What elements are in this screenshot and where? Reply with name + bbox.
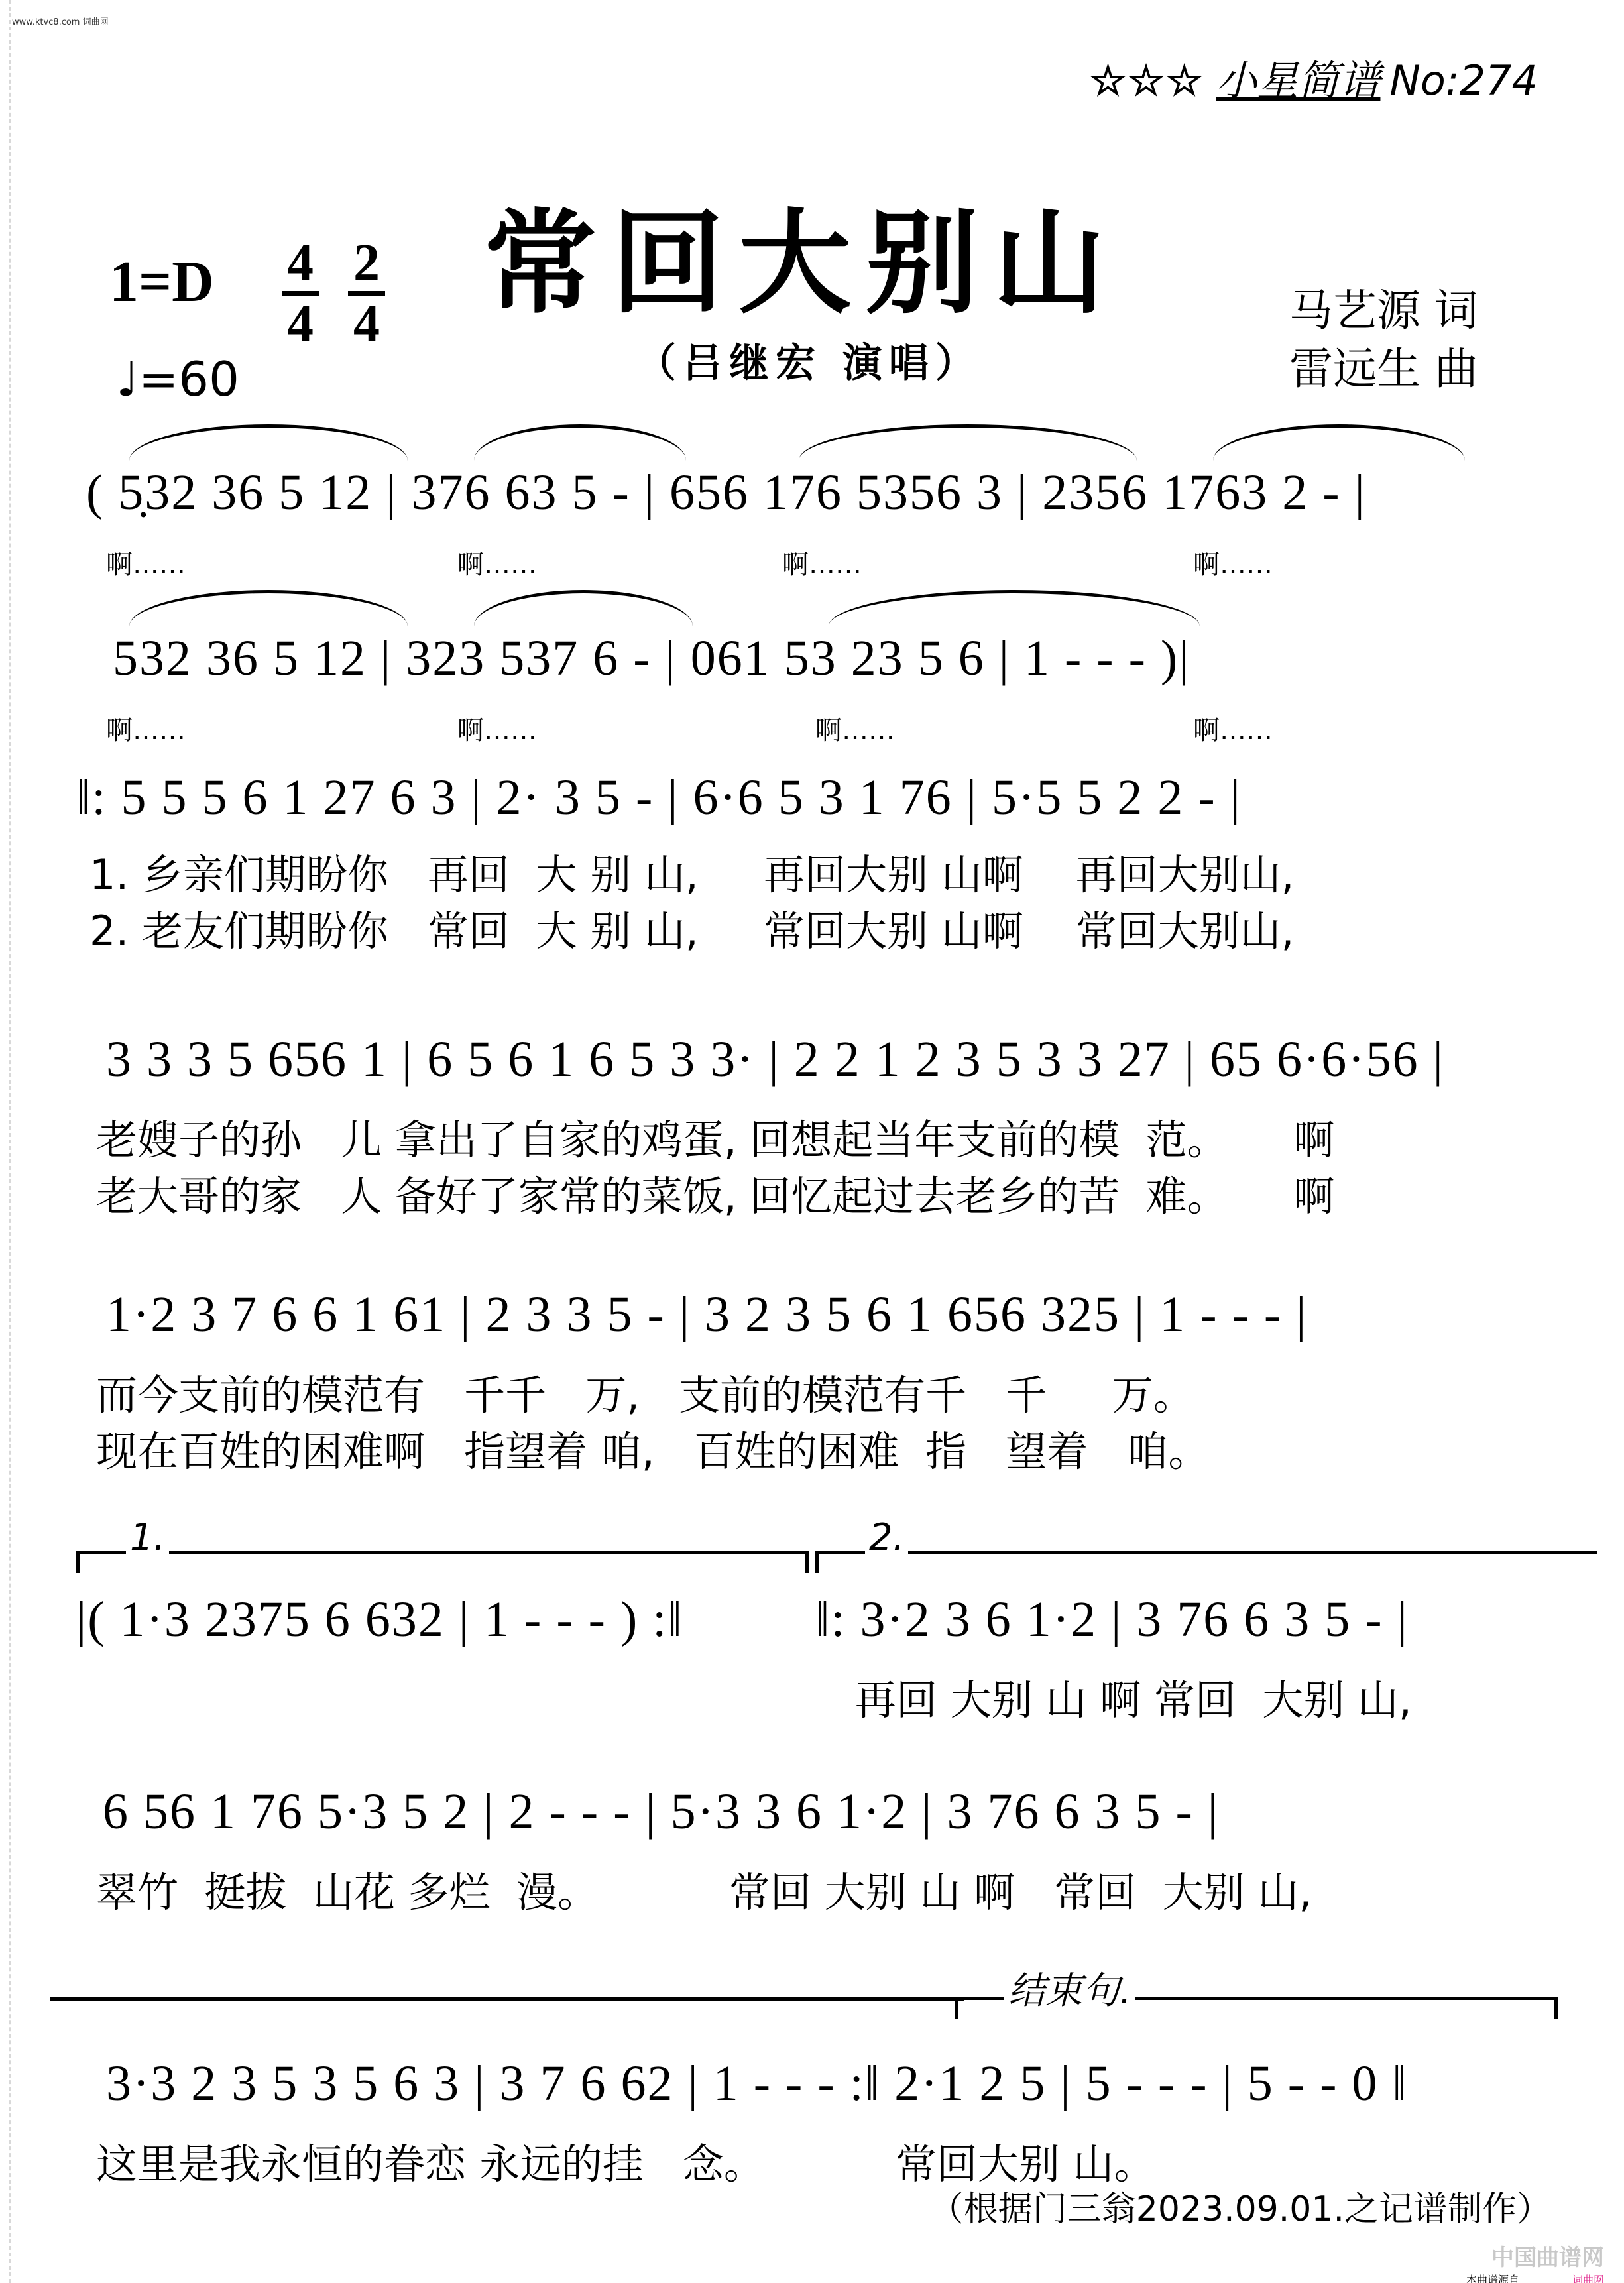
vocalise: 啊…… xyxy=(106,709,186,747)
series-tag: ☆☆☆小星简谱No:274 xyxy=(1090,48,1538,107)
star-icons: ☆☆☆ xyxy=(1090,56,1204,105)
time-sig-bottom: 4 xyxy=(353,296,380,352)
lyric-verse-2: 2. 老友们期盼你 常回 大 别 山, 常回大别 山啊 常回大别山, xyxy=(89,898,1294,957)
notation-line: 6 56 1 76 5·3 5 2 | 2 - - - | 5·3 3 6 1·… xyxy=(103,1783,1219,1841)
notation-line: ( 5̣32 36 5 12 | 376 63 5 - | 656 176 53… xyxy=(86,464,1366,522)
notation-line: ‖: 5 5 5 6 1 27 6 3 | 2· 3 5 - | 6·6 5 3… xyxy=(76,769,1242,827)
coda-label: 结束句. xyxy=(1004,1961,1135,2015)
time-sig-top: 4 xyxy=(287,235,314,291)
lyric-verse-1: 老嫂子的孙 儿 拿出了自家的鸡蛋, 回想起当年支前的模 范。 啊 xyxy=(96,1107,1334,1166)
coda-bracket: 结束句. xyxy=(955,1997,1558,2019)
lyric-line: 再回 大别 山 啊 常回 大别 山, xyxy=(855,1667,1412,1726)
performer: （吕继宏 演唱） xyxy=(636,331,982,388)
tempo-marking: ♩=60 xyxy=(116,351,239,407)
series-name: 小星简谱 xyxy=(1216,56,1380,105)
vocalise: 啊…… xyxy=(815,709,895,747)
lyric-verse-2: 现在百姓的困难啊 指望着 咱, 百姓的困难 指 望着 咱。 xyxy=(96,1419,1209,1478)
watermark-url: www.ktvc8.com 词曲网 xyxy=(12,15,109,27)
vocalise: 啊…… xyxy=(1193,709,1273,747)
notation-line: 1·2 3 7 6 6 1 61 | 2 3 3 5 - | 3 2 3 5 6… xyxy=(106,1286,1307,1344)
time-signature-4-4: 4 4 xyxy=(282,235,319,352)
second-ending-bracket: 2. xyxy=(815,1551,1597,1573)
lyric-verse-1: 1. 乡亲们期盼你 再回 大 别 山, 再回大别 山啊 再回大别山, xyxy=(89,842,1294,901)
slur xyxy=(129,424,408,461)
song-title: 常回大别山 xyxy=(484,172,1120,335)
slur xyxy=(799,424,1137,461)
vocalise: 啊…… xyxy=(106,544,186,581)
time-sig-bottom: 4 xyxy=(287,296,314,352)
notation-first-ending: |( 1·3 2375 6 632 | 1 - - - ) :‖ xyxy=(76,1591,683,1649)
transcription-note: （根据门三翁2023.09.01.之记谱制作） xyxy=(929,2181,1551,2231)
series-number: No:274 xyxy=(1389,56,1538,105)
key-signature: 1=D xyxy=(109,249,214,316)
lyric-verse-2: 老大哥的家 人 备好了家常的菜饭, 回忆起过去老乡的苦 难。 啊 xyxy=(96,1163,1334,1222)
time-sig-top: 2 xyxy=(353,235,380,291)
slur xyxy=(474,590,693,626)
vocalise: 啊…… xyxy=(782,544,862,581)
slur xyxy=(1213,424,1465,461)
logo-text: 中国曲谱网 xyxy=(1466,2239,1604,2272)
page-edge xyxy=(0,0,11,2283)
time-signature-2-4: 2 4 xyxy=(348,235,385,352)
volta-label-2: 2. xyxy=(865,1516,908,1559)
slur xyxy=(474,424,686,461)
source-logo: 中国曲谱网 本曲谱源自词曲网 xyxy=(1466,2239,1604,2283)
credits: 马艺源 词 雷远生 曲 xyxy=(1289,282,1478,398)
vocalise: 啊…… xyxy=(1193,544,1273,581)
coda-divider-line xyxy=(50,1997,964,2001)
notation-line: 532 36 5 12 | 323 537 6 - | 061 53 23 5 … xyxy=(113,630,1190,687)
source-site: 词曲网 xyxy=(1572,2274,1604,2283)
lyric-verse-1: 而今支前的模范有 千千 万, 支前的模范有千 千 万。 xyxy=(96,1362,1194,1421)
slur xyxy=(829,590,1200,626)
vocalise: 啊…… xyxy=(457,709,537,747)
volta-label-1: 1. xyxy=(126,1516,169,1559)
lyricist: 马艺源 词 xyxy=(1289,282,1478,340)
notation-second-ending: ‖: 3·2 3 6 1·2 | 3 76 6 3 5 - | xyxy=(815,1591,1409,1649)
notation-line: 3 3 3 5 656 1 | 6 5 6 1 6 5 3 3· | 2 2 1… xyxy=(106,1031,1444,1088)
first-ending-bracket: 1. xyxy=(76,1551,809,1573)
logo-caption: 本曲谱源自词曲网 xyxy=(1466,2272,1604,2283)
lyric-line: 翠竹 挺拔 山花 多烂 漫。 常回 大别 山 啊 常回 大别 山, xyxy=(96,1859,1312,1918)
notation-line: 3·3 2 3 5 3 5 6 3 | 3 7 6 62 | 1 - - - :… xyxy=(106,2055,1408,2113)
vocalise: 啊…… xyxy=(457,544,537,581)
source-caption: 本曲谱源自 xyxy=(1466,2274,1519,2283)
slur xyxy=(129,590,408,626)
composer: 雷远生 曲 xyxy=(1289,340,1478,398)
